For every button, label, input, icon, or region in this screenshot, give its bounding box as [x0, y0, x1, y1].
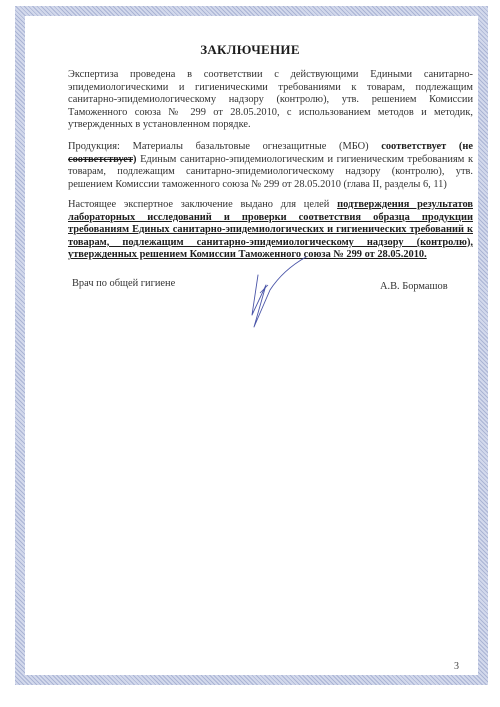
open-paren: (не	[446, 141, 473, 152]
verdict-struck: соответствует	[68, 154, 133, 165]
product-text: Продукция: Материалы базальтовые огнезащ…	[68, 141, 381, 152]
page-number: 3	[454, 661, 459, 672]
verdict-conforms: соответствует	[381, 141, 446, 152]
purpose-prefix: Настоящее экспертное заключение выдано д…	[68, 199, 337, 210]
paragraph-product-conformity: Продукция: Материалы базальтовые огнезащ…	[68, 141, 473, 191]
signer-name: А.В. Бормашов	[380, 281, 448, 292]
paragraph-purpose: Настоящее экспертное заключение выдано д…	[68, 199, 473, 262]
paragraph-expertise: Экспертиза проведена в соответствии с де…	[68, 69, 473, 132]
document-title: ЗАКЛЮЧЕНИЕ	[0, 42, 500, 58]
signer-role: Врач по общей гигиене	[72, 278, 175, 289]
handwritten-signature-icon	[248, 255, 308, 330]
